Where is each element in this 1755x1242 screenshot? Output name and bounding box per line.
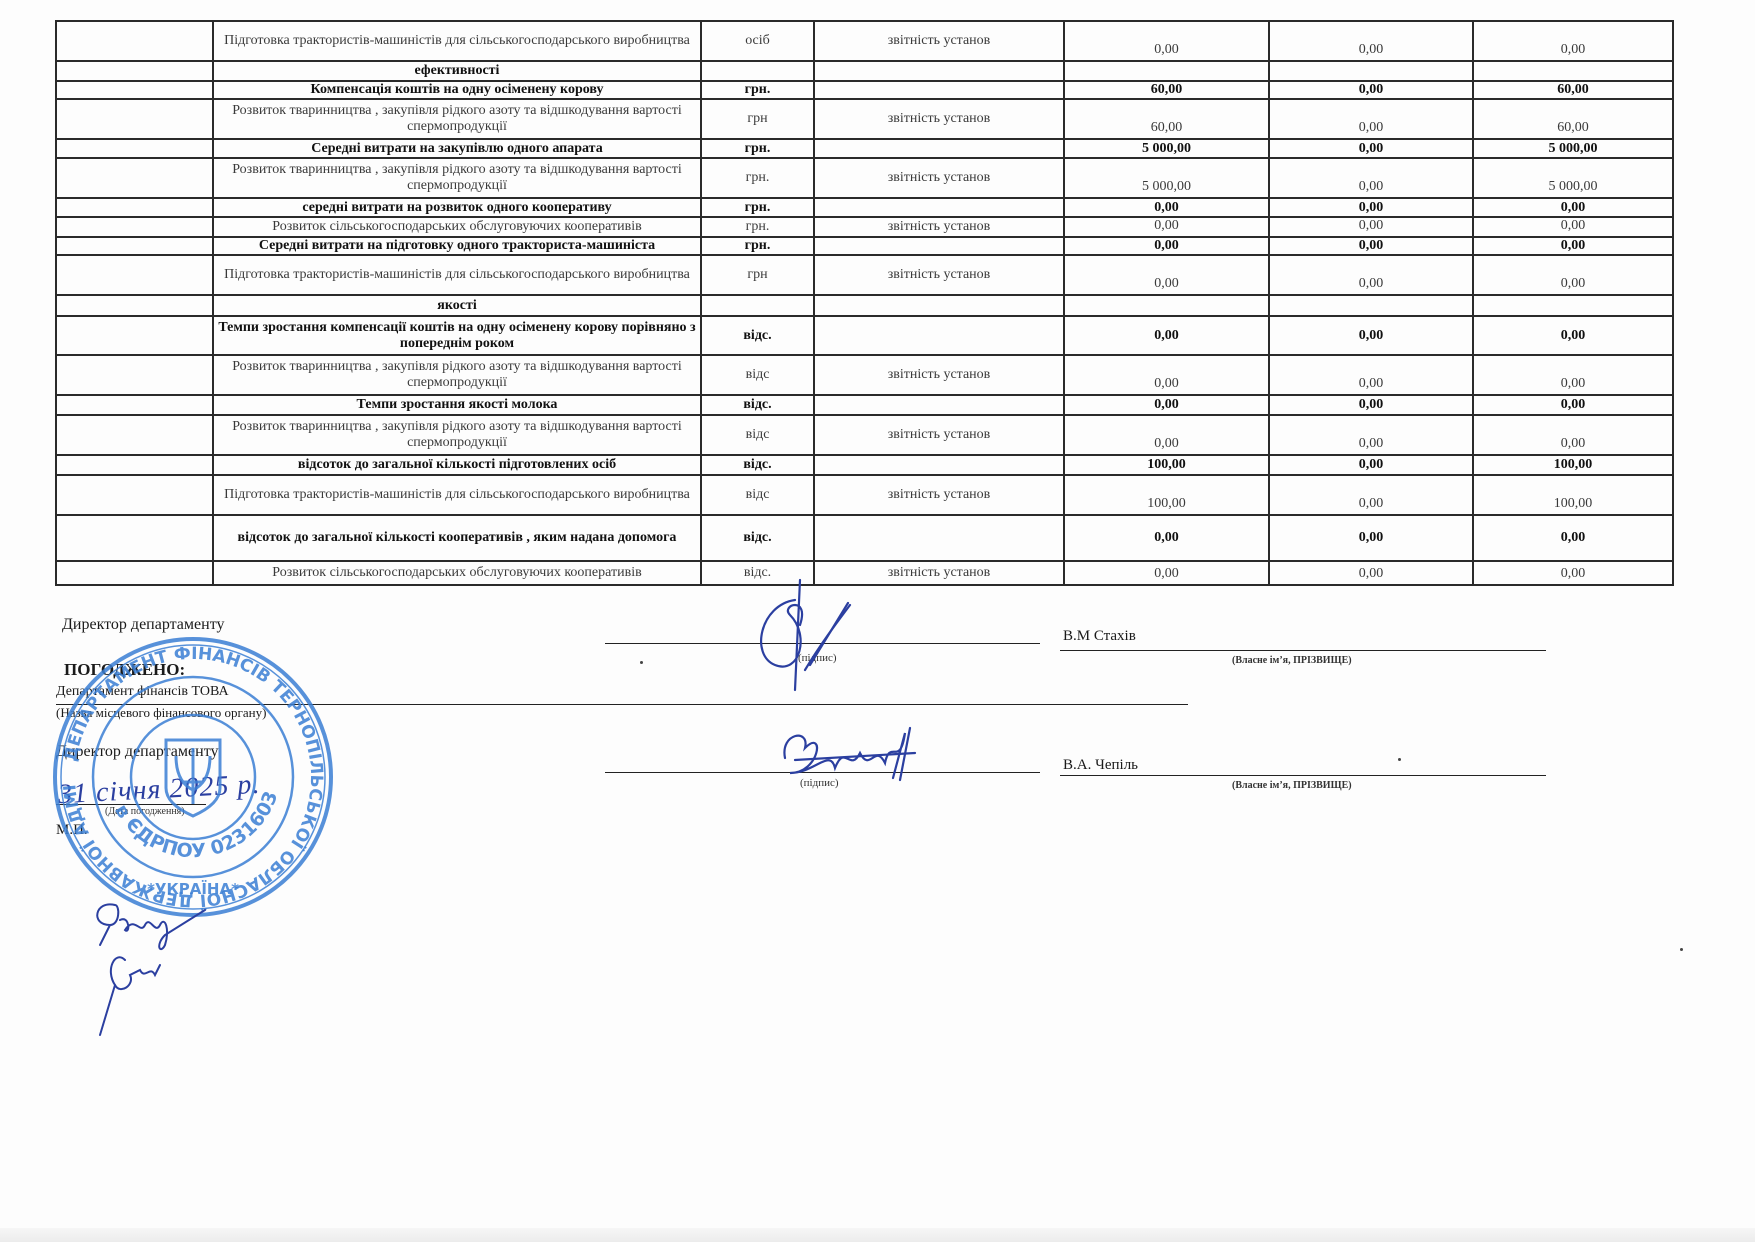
indicator-name-cell: Розвиток сільськогосподарських обслугову… <box>213 217 701 237</box>
table-row: Розвиток тваринництва , закупівля рідког… <box>56 99 1673 139</box>
source-cell <box>814 455 1064 475</box>
table-row: Розвиток тваринництва , закупівля рідког… <box>56 158 1673 198</box>
indicator-name-cell: Розвиток тваринництва , закупівля рідког… <box>213 158 701 198</box>
table-row: Розвиток тваринництва , закупівля рідког… <box>56 355 1673 395</box>
indicator-name-cell: Компенсація коштів на одну осіменену кор… <box>213 81 701 99</box>
row-number-cell <box>56 198 213 217</box>
table-row: відсоток до загальної кількості кооперат… <box>56 515 1673 561</box>
table-row: Темпи зростання компенсації коштів на од… <box>56 316 1673 355</box>
signature-chepil <box>775 718 935 788</box>
value-cell-3: 100,00 <box>1473 475 1673 515</box>
indicator-name-cell: середні витрати на розвиток одного коопе… <box>213 198 701 217</box>
unit-cell: відс <box>701 415 814 455</box>
value-cell-2: 0,00 <box>1269 561 1473 585</box>
value-cell-1: 60,00 <box>1064 99 1269 139</box>
value-cell-3 <box>1473 61 1673 81</box>
row-number-cell <box>56 99 213 139</box>
table-row: Підготовка трактористів-машиністів для с… <box>56 475 1673 515</box>
value-cell-3: 0,00 <box>1473 355 1673 395</box>
unit-cell: осіб <box>701 21 814 61</box>
value-cell-2: 0,00 <box>1269 355 1473 395</box>
row-number-cell <box>56 475 213 515</box>
value-cell-2 <box>1269 295 1473 316</box>
value-cell-1: 100,00 <box>1064 475 1269 515</box>
source-cell: звітність установ <box>814 21 1064 61</box>
value-cell-3: 0,00 <box>1473 415 1673 455</box>
row-number-cell <box>56 21 213 61</box>
indicator-name-cell: Розвиток тваринництва , закупівля рідког… <box>213 355 701 395</box>
table-row: Компенсація коштів на одну осіменену кор… <box>56 81 1673 99</box>
value-cell-3: 0,00 <box>1473 561 1673 585</box>
value-cell-2: 0,00 <box>1269 158 1473 198</box>
signature-stakhiv <box>740 575 900 695</box>
table-row: ефективності <box>56 61 1673 81</box>
value-cell-2: 0,00 <box>1269 415 1473 455</box>
source-cell <box>814 237 1064 255</box>
indicator-name-cell: ефективності <box>213 61 701 81</box>
table-row: Підготовка трактористів-машиністів для с… <box>56 21 1673 61</box>
value-cell-1 <box>1064 295 1269 316</box>
indicator-name-cell: Розвиток тваринництва , закупівля рідког… <box>213 415 701 455</box>
row-number-cell <box>56 237 213 255</box>
value-cell-3: 5 000,00 <box>1473 158 1673 198</box>
value-cell-3: 0,00 <box>1473 198 1673 217</box>
value-cell-1: 0,00 <box>1064 21 1269 61</box>
value-cell-2: 0,00 <box>1269 455 1473 475</box>
unit-cell: грн. <box>701 139 814 158</box>
indicator-name-cell: якості <box>213 295 701 316</box>
unit-cell: відс. <box>701 455 814 475</box>
table-row: Темпи зростання якості молокавідс.0,000,… <box>56 395 1673 415</box>
unit-cell: грн. <box>701 237 814 255</box>
source-cell <box>814 316 1064 355</box>
value-cell-2: 0,00 <box>1269 99 1473 139</box>
source-cell: звітність установ <box>814 217 1064 237</box>
value-cell-2: 0,00 <box>1269 515 1473 561</box>
table-row: Розвиток тваринництва , закупівля рідког… <box>56 415 1673 455</box>
table-row: Середні витрати на підготовку одного тра… <box>56 237 1673 255</box>
unit-cell: відс <box>701 475 814 515</box>
value-cell-1: 5 000,00 <box>1064 158 1269 198</box>
source-cell: звітність установ <box>814 355 1064 395</box>
row-number-cell <box>56 158 213 198</box>
indicators-table: Підготовка трактористів-машиністів для с… <box>55 20 1674 586</box>
value-cell-2: 0,00 <box>1269 395 1473 415</box>
row-number-cell <box>56 255 213 295</box>
unit-cell: грн <box>701 99 814 139</box>
source-cell <box>814 515 1064 561</box>
name-caption-2: (Власне ім’я, ПРІЗВИЩЕ) <box>1232 780 1352 791</box>
value-cell-2: 0,00 <box>1269 475 1473 515</box>
row-number-cell <box>56 295 213 316</box>
value-cell-1: 0,00 <box>1064 415 1269 455</box>
value-cell-1: 0,00 <box>1064 395 1269 415</box>
official-stamp: ДЕПАРТАМЕНТ ФІНАНСІВ ТЕРНОПІЛЬСЬКОЇ ОБЛА… <box>48 632 338 922</box>
value-cell-2: 0,00 <box>1269 139 1473 158</box>
scan-speck <box>640 661 643 664</box>
value-cell-2: 0,00 <box>1269 217 1473 237</box>
value-cell-2 <box>1269 61 1473 81</box>
source-cell: звітність установ <box>814 158 1064 198</box>
source-cell: звітність установ <box>814 415 1064 455</box>
indicator-name-cell: Темпи зростання якості молока <box>213 395 701 415</box>
value-cell-3: 0,00 <box>1473 21 1673 61</box>
value-cell-2: 0,00 <box>1269 81 1473 99</box>
name-caption-1: (Власне ім’я, ПРІЗВИЩЕ) <box>1232 655 1352 666</box>
indicator-name-cell: Підготовка трактористів-машиністів для с… <box>213 21 701 61</box>
row-number-cell <box>56 561 213 585</box>
value-cell-1 <box>1064 61 1269 81</box>
value-cell-1: 0,00 <box>1064 316 1269 355</box>
row-number-cell <box>56 515 213 561</box>
indicator-name-cell: відсоток до загальної кількості кооперат… <box>213 515 701 561</box>
value-cell-3: 5 000,00 <box>1473 139 1673 158</box>
value-cell-1: 60,00 <box>1064 81 1269 99</box>
table-row: Середні витрати на закупівлю одного апар… <box>56 139 1673 158</box>
source-cell <box>814 61 1064 81</box>
value-cell-2: 0,00 <box>1269 21 1473 61</box>
source-cell <box>814 395 1064 415</box>
row-number-cell <box>56 395 213 415</box>
row-number-cell <box>56 455 213 475</box>
unit-cell: відс <box>701 355 814 395</box>
scan-speck <box>1398 758 1401 761</box>
table-row: середні витрати на розвиток одного коопе… <box>56 198 1673 217</box>
source-cell: звітність установ <box>814 255 1064 295</box>
row-number-cell <box>56 139 213 158</box>
value-cell-1: 0,00 <box>1064 561 1269 585</box>
value-cell-3: 60,00 <box>1473 81 1673 99</box>
name-line-1 <box>1060 650 1546 651</box>
trident-icon <box>166 740 220 816</box>
document-page: { "table": { "rows": [ {"style":"light",… <box>0 0 1755 1242</box>
indicator-name-cell: Розвиток сільськогосподарських обслугову… <box>213 561 701 585</box>
indicator-name-cell: Середні витрати на закупівлю одного апар… <box>213 139 701 158</box>
value-cell-1: 0,00 <box>1064 255 1269 295</box>
value-cell-1: 100,00 <box>1064 455 1269 475</box>
source-cell <box>814 198 1064 217</box>
indicator-name-cell: Темпи зростання компенсації коштів на од… <box>213 316 701 355</box>
name-line-2 <box>1060 775 1546 776</box>
indicator-name-cell: Підготовка трактористів-машиністів для с… <box>213 475 701 515</box>
source-cell <box>814 139 1064 158</box>
value-cell-3: 100,00 <box>1473 455 1673 475</box>
unit-cell: відс. <box>701 515 814 561</box>
value-cell-2: 0,00 <box>1269 237 1473 255</box>
value-cell-3 <box>1473 295 1673 316</box>
unit-cell: грн. <box>701 198 814 217</box>
row-number-cell <box>56 81 213 99</box>
value-cell-1: 5 000,00 <box>1064 139 1269 158</box>
value-cell-3: 0,00 <box>1473 255 1673 295</box>
value-cell-1: 0,00 <box>1064 217 1269 237</box>
indicator-name-cell: Підготовка трактористів-машиністів для с… <box>213 255 701 295</box>
value-cell-1: 0,00 <box>1064 515 1269 561</box>
page-edge-shadow <box>0 1228 1755 1242</box>
value-cell-3: 0,00 <box>1473 217 1673 237</box>
value-cell-3: 0,00 <box>1473 237 1673 255</box>
indicator-name-cell: Середні витрати на підготовку одного тра… <box>213 237 701 255</box>
row-number-cell <box>56 61 213 81</box>
source-cell <box>814 295 1064 316</box>
table-row: якості <box>56 295 1673 316</box>
value-cell-2: 0,00 <box>1269 255 1473 295</box>
row-number-cell <box>56 316 213 355</box>
value-cell-3: 0,00 <box>1473 316 1673 355</box>
row-number-cell <box>56 217 213 237</box>
value-cell-3: 60,00 <box>1473 99 1673 139</box>
row-number-cell <box>56 415 213 455</box>
unit-cell: відс. <box>701 395 814 415</box>
initials-handwritten <box>85 890 225 1040</box>
source-cell <box>814 81 1064 99</box>
value-cell-2: 0,00 <box>1269 198 1473 217</box>
source-cell: звітність установ <box>814 99 1064 139</box>
value-cell-3: 0,00 <box>1473 515 1673 561</box>
unit-cell <box>701 295 814 316</box>
table-row: відсоток до загальної кількості підготов… <box>56 455 1673 475</box>
value-cell-3: 0,00 <box>1473 395 1673 415</box>
value-cell-1: 0,00 <box>1064 237 1269 255</box>
table-row: Підготовка трактористів-машиністів для с… <box>56 255 1673 295</box>
indicator-name-cell: Розвиток тваринництва , закупівля рідког… <box>213 99 701 139</box>
source-cell: звітність установ <box>814 475 1064 515</box>
unit-cell: грн <box>701 255 814 295</box>
unit-cell: грн. <box>701 81 814 99</box>
director-name-1: В.М Стахів <box>1063 628 1136 645</box>
row-number-cell <box>56 355 213 395</box>
director-name-2: В.А. Чепіль <box>1063 757 1138 774</box>
unit-cell: грн. <box>701 158 814 198</box>
unit-cell <box>701 61 814 81</box>
scan-speck <box>1680 948 1683 951</box>
unit-cell: грн. <box>701 217 814 237</box>
value-cell-1: 0,00 <box>1064 355 1269 395</box>
unit-cell: відс. <box>701 316 814 355</box>
indicator-name-cell: відсоток до загальної кількості підготов… <box>213 455 701 475</box>
value-cell-2: 0,00 <box>1269 316 1473 355</box>
value-cell-1: 0,00 <box>1064 198 1269 217</box>
table-row: Розвиток сільськогосподарських обслугову… <box>56 217 1673 237</box>
